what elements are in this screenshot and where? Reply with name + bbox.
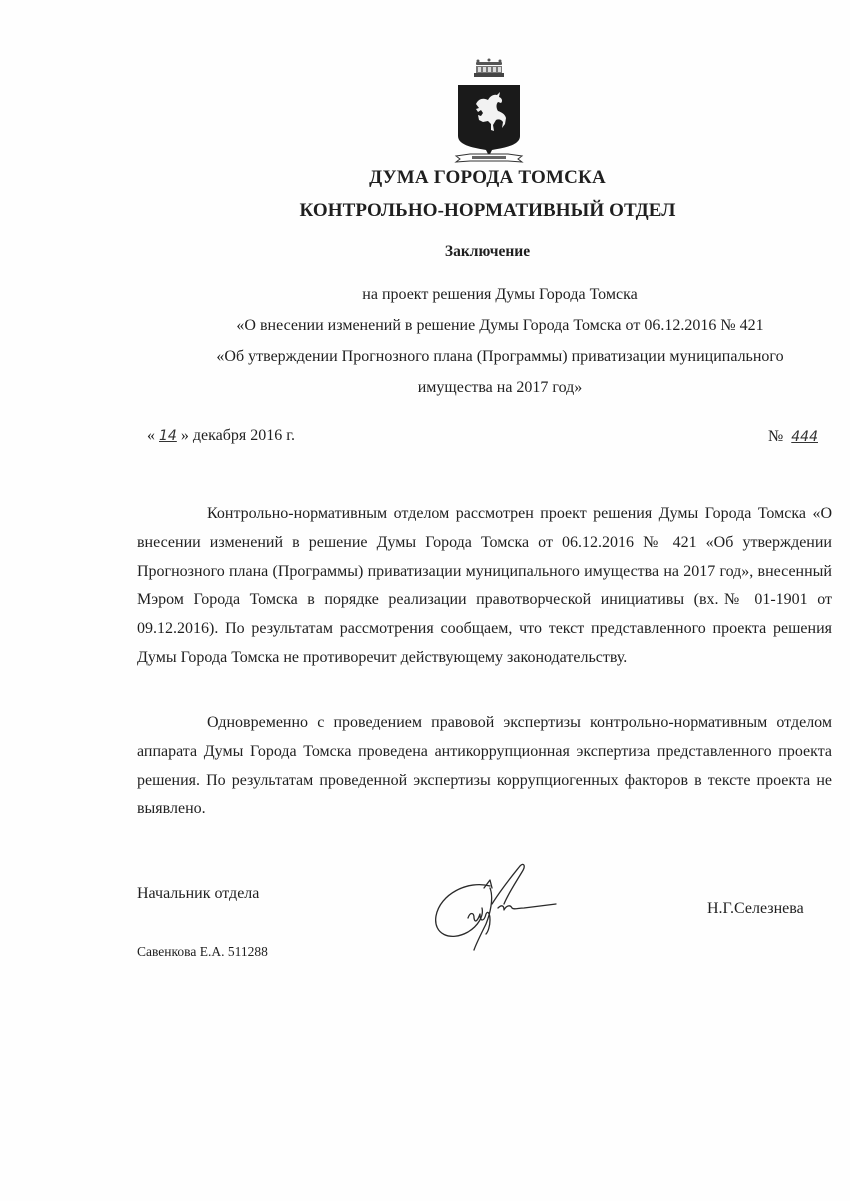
body-paragraph-2: Одновременно с проведением правовой эксп… xyxy=(137,709,832,824)
paragraph-text: Контрольно-нормативным отделом рассмотре… xyxy=(137,500,832,673)
document-number: № 444 xyxy=(768,428,822,446)
date-open-quote: « xyxy=(147,427,155,444)
organization-title: ДУМА ГОРОДА ТОМСКА xyxy=(0,167,850,189)
subject-line: «Об утверждении Прогнозного плана (Прогр… xyxy=(170,341,830,372)
signer-name: Н.Г.Селезнева xyxy=(707,900,804,918)
date-day-handwritten: 14 xyxy=(155,428,181,444)
department-title: КОНТРОЛЬНО-НОРМАТИВНЫЙ ОТДЕЛ xyxy=(0,200,850,222)
document-date: «14» декабря 2016 г. xyxy=(147,427,295,445)
document-page: ДУМА ГОРОДА ТОМСКА КОНТРОЛЬНО-НОРМАТИВНЫ… xyxy=(0,0,850,1201)
paragraph-text: Одновременно с проведением правовой эксп… xyxy=(137,709,832,824)
subject-line: «О внесении изменений в решение Думы Гор… xyxy=(170,310,830,341)
date-rest: » декабря 2016 г. xyxy=(181,427,295,444)
document-type: Заключение xyxy=(0,243,850,261)
number-handwritten: 444 xyxy=(787,429,822,445)
body-paragraph-1: Контрольно-нормативным отделом рассмотре… xyxy=(137,500,832,673)
number-label: № xyxy=(768,428,783,445)
subject-line: имущества на 2017 год» xyxy=(170,372,830,403)
subject-line: на проект решения Думы Города Томска xyxy=(170,279,830,310)
signer-title: Начальник отдела xyxy=(137,885,259,903)
document-subject: на проект решения Думы Города Томска «О … xyxy=(170,279,830,403)
executor-contact: Савенкова Е.А. 511288 xyxy=(137,944,268,960)
signature-icon xyxy=(428,858,578,953)
coat-of-arms-icon xyxy=(452,58,526,166)
